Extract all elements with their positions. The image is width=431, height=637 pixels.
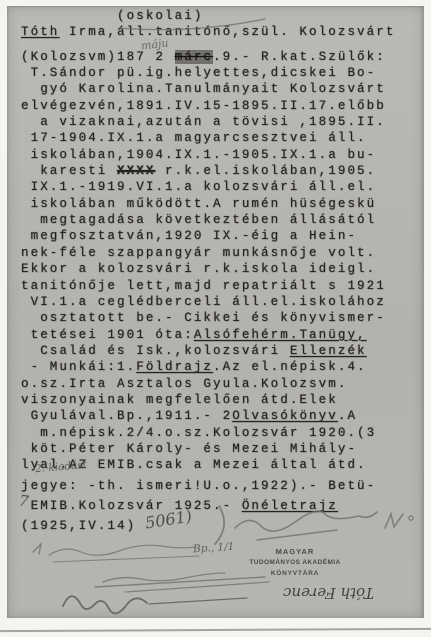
typed-line: Gyulával.Bp.,1911.- 2Olvasókönyv.A xyxy=(21,408,419,424)
typed-line: tanitónője lett,majd repatriált s 1921 xyxy=(21,278,419,294)
upside-down-signature: Tóth Ferenc xyxy=(239,584,374,602)
typed-line: - Munkái:1.Földrajz.Az el.népisk.4. xyxy=(21,359,419,375)
scan-edge-line xyxy=(0,628,431,632)
typed-line: Ekkor a kolozsvári r.k.iskola ideigl. xyxy=(21,261,419,277)
typed-line: (1925,IV.14) xyxy=(21,518,419,534)
typed-line: tetései 1901 óta:Alsófehérm.Tanügy, xyxy=(21,327,419,343)
typed-line: a vizaknai,azután a tövisi ,1895.II. xyxy=(21,114,419,130)
index-card: (oskolai)Tóth Irma,áll.tanitónő,szül. Ko… xyxy=(7,6,424,618)
typed-line: iskolában működött.A rumén hüségeskü xyxy=(21,196,419,212)
typed-line: megtagadása következtében állásától xyxy=(21,212,419,228)
typed-line: 17-1904.IX.1.a magyarcsesztvei áll. xyxy=(21,130,419,146)
library-stamp: MAGYAR TUDOMÁNYOS AKADÉMIA KÖNYVTÁRA xyxy=(245,546,345,579)
typed-line: iskolában,1904.IX.1.-1905.IX.1.a bu- xyxy=(21,147,419,163)
typed-text-block: (oskolai)Tóth Irma,áll.tanitónő,szül. Ko… xyxy=(21,8,419,535)
handwritten-margin-mark: 7 xyxy=(18,491,30,510)
typed-line: osztatott be.- Cikkei és könyvismer- xyxy=(21,310,419,326)
typed-line: Család és Isk.,kolozsvári Ellenzék xyxy=(21,343,419,359)
stamp-line-1: MAGYAR xyxy=(245,546,345,557)
typed-line: nek-féle szappangyár munkásnője volt. xyxy=(21,245,419,261)
typed-line: viszonyainak megfelelően átd.Elek xyxy=(21,392,419,408)
typed-line: o.sz.Irta Asztalos Gyula.Kolozsvm. xyxy=(21,376,419,392)
stamp-line-3: KÖNYVTÁRA xyxy=(245,568,345,579)
handwritten-bp-note: Bp., 1/1 xyxy=(193,541,235,556)
typed-line: köt.Péter Károly- és Mezei Mihály- xyxy=(21,441,419,457)
typed-line: (Kolozsvm)187 2 márc.9.- R.kat.Szülők: xyxy=(21,49,419,65)
typed-line: EMIB.Kolozsvár 1925.- Önéletrajz xyxy=(21,498,419,514)
typed-line: (oskolai) xyxy=(21,8,419,24)
typed-line: jegye: -th. ismeri!U.o.,1922).- Betü- xyxy=(21,478,419,494)
typed-line: m.népisk.2/4.o.sz.Kolozsvár 1920.(3 xyxy=(21,425,419,441)
typed-line: karesti XXXX r.k.el.iskolában,1905. xyxy=(21,163,419,179)
typed-line: VI.1.a ceglédberceli áll.el.iskolához xyxy=(21,294,419,310)
typed-line: T.Sándor pü.ig.helyettes,dicskei Bo- xyxy=(21,65,419,81)
typed-line: IX.1.-1919.VI.1.a kolozsvári áll.el. xyxy=(21,179,419,195)
typed-line: Tóth Irma,áll.tanitónő,szül. Kolozsvárt xyxy=(21,24,419,40)
scanned-page: { "card": { "typed_lines": [ [{"t":" (os… xyxy=(0,0,431,637)
typed-line: megfosztatván,1920 IX.-éig a Hein- xyxy=(21,228,419,244)
stamp-line-2: TUDOMÁNYOS AKADÉMIA xyxy=(245,557,345,568)
typed-line: gyó Karolina.Tanulmányait Kolozsvárt xyxy=(21,81,419,97)
typed-line: elvégezvén,1891.IV.15-1895.II.17.előbb xyxy=(21,98,419,114)
